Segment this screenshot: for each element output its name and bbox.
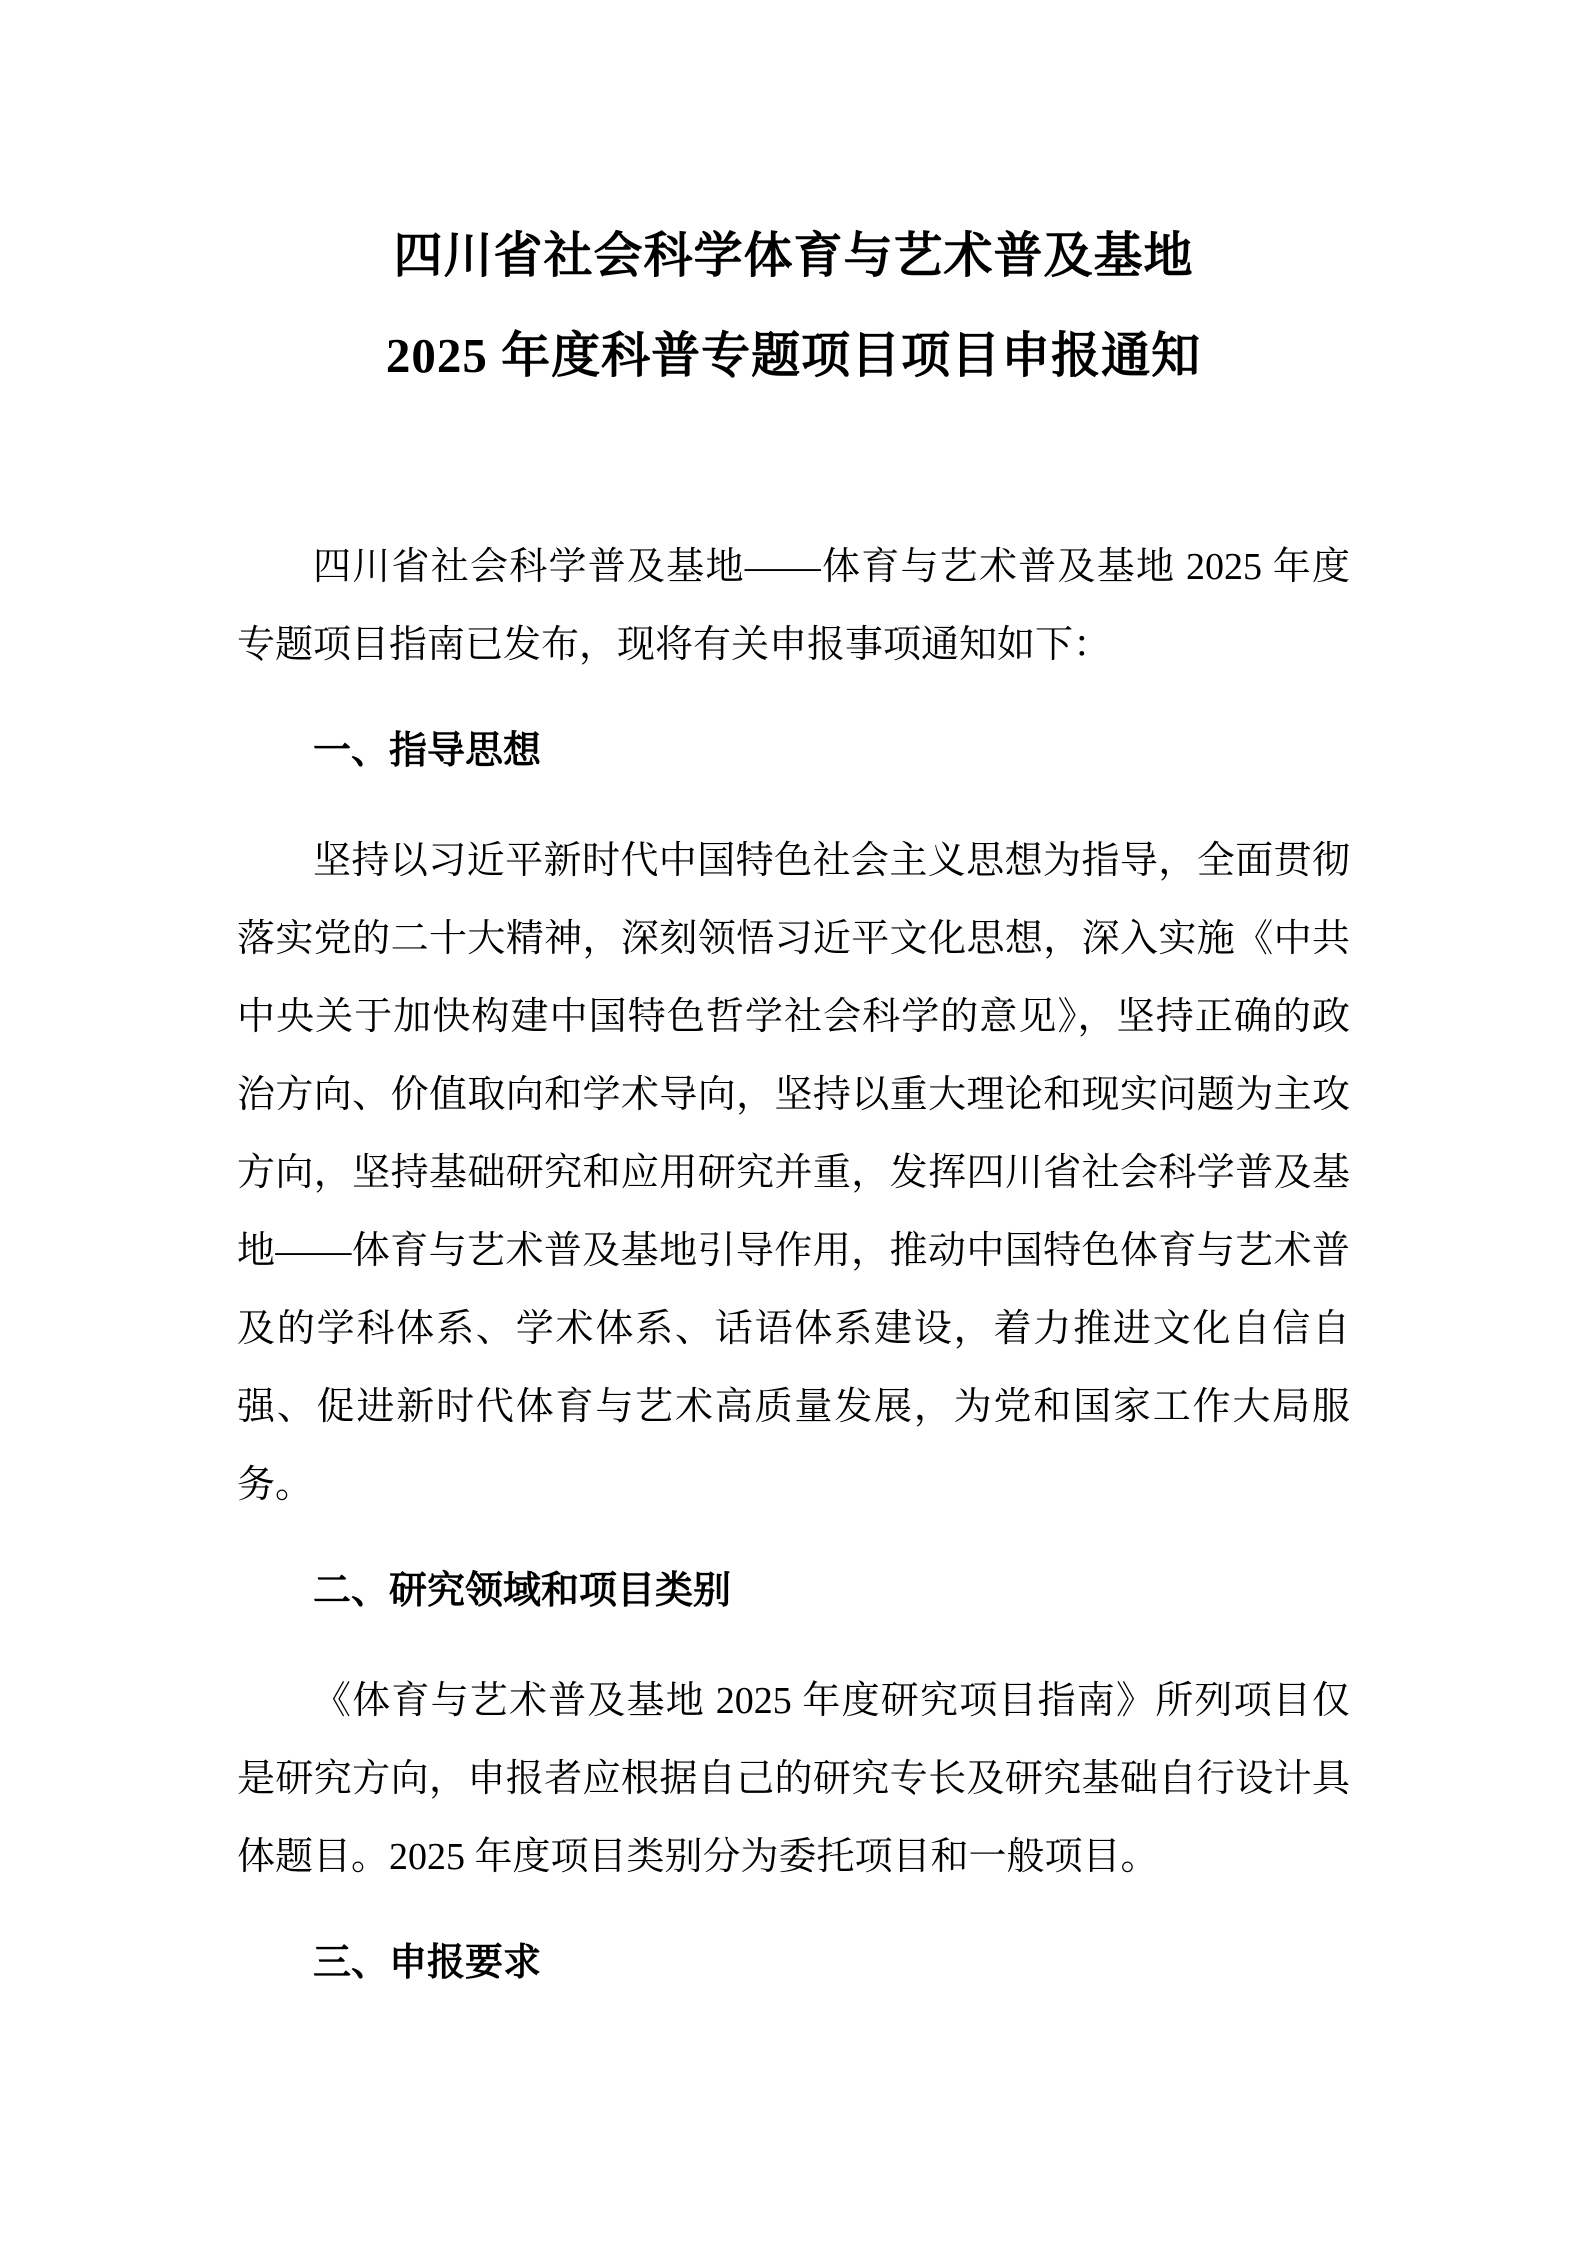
document-page: 四川省社会科学体育与艺术普及基地 2025 年度科普专题项目项目申报通知 四川省… [0, 0, 1586, 2245]
document-body: 四川省社会科学体育与艺术普及基地 2025 年度科普专题项目项目申报通知 四川省… [237, 0, 1350, 2002]
section-body-guiding-ideology: 坚持以习近平新时代中国特色社会主义思想为指导，全面贯彻落实党的二十大精神，深刻领… [237, 822, 1350, 1524]
document-title-line-2: 2025 年度科普专题项目项目申报通知 [237, 306, 1350, 406]
section-heading-guiding-ideology: 一、指导思想 [237, 712, 1350, 790]
section-heading-application-requirements: 三、申报要求 [237, 1924, 1350, 2002]
document-title: 四川省社会科学体育与艺术普及基地 2025 年度科普专题项目项目申报通知 [237, 0, 1350, 406]
section-heading-research-areas: 二、研究领域和项目类别 [237, 1552, 1350, 1630]
section-body-research-areas: 《体育与艺术普及基地 2025 年度研究项目指南》所列项目仅是研究方向，申报者应… [237, 1662, 1350, 1896]
intro-paragraph: 四川省社会科学普及基地——体育与艺术普及基地 2025 年度专题项目指南已发布，… [237, 528, 1350, 684]
document-title-line-1: 四川省社会科学体育与艺术普及基地 [237, 206, 1350, 306]
